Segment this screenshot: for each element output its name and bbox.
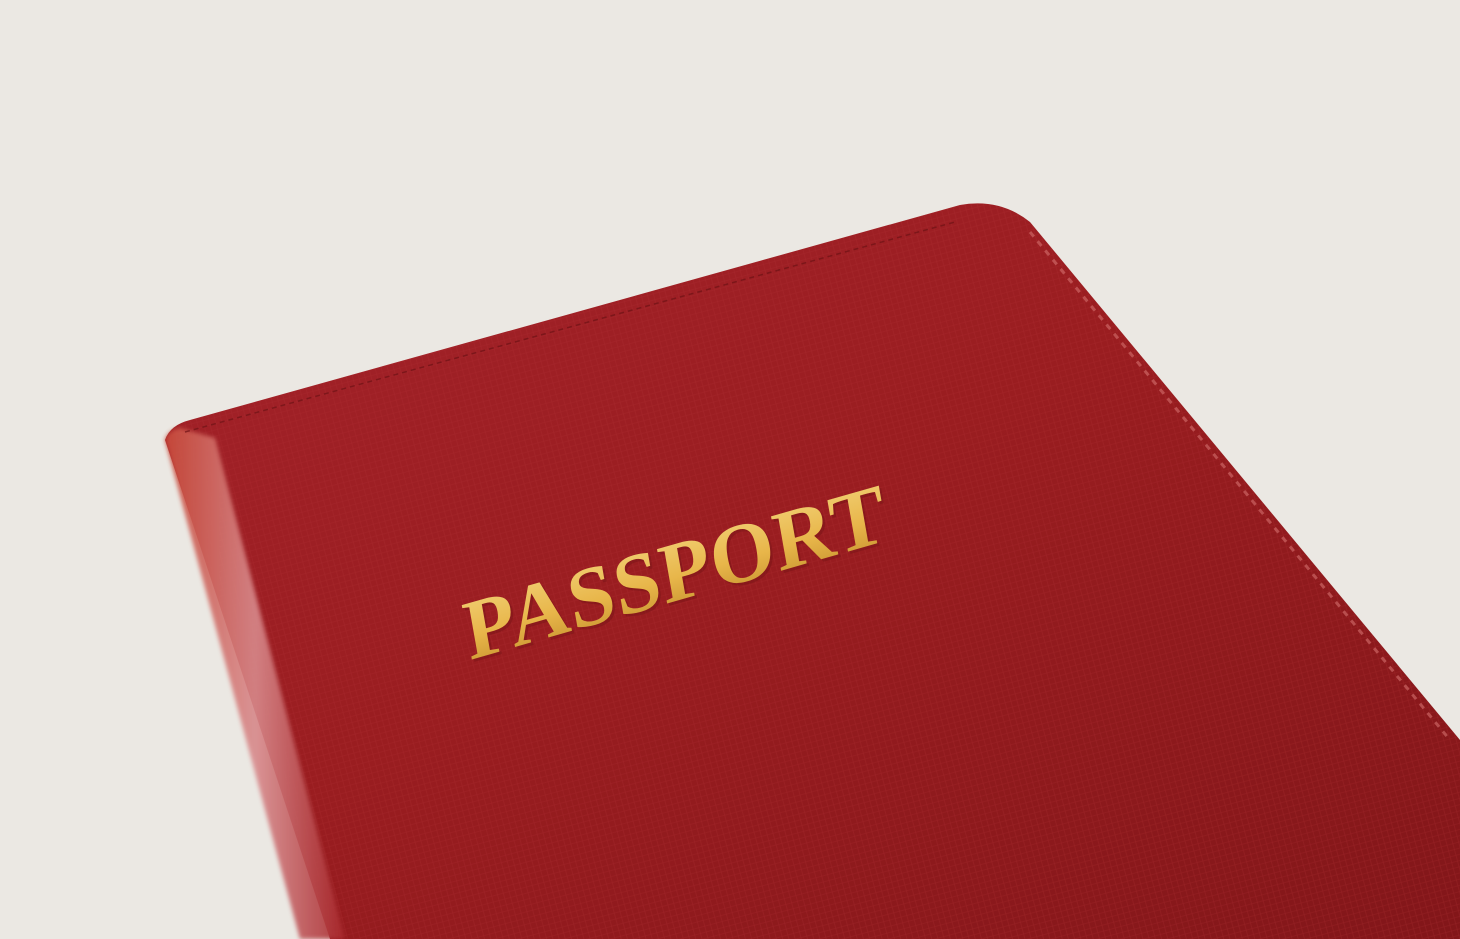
photo-scene: PASSPORT PASSPORT: [0, 0, 1460, 939]
passport-photo: PASSPORT PASSPORT: [0, 0, 1460, 939]
